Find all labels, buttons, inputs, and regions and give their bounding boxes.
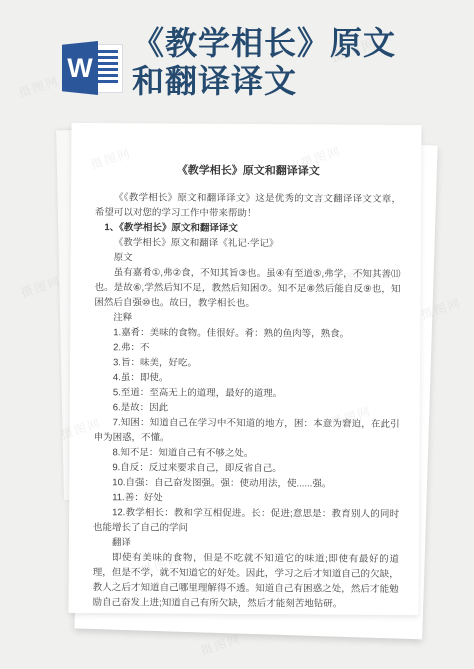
page-title: 《教学相长》原文 和翻译译文 <box>132 24 396 100</box>
document-content: 《教学相长》原文和翻译译文 《《教学相长》原文和翻译译文》这是优秀的文言文翻译译… <box>93 163 402 612</box>
original-text: 虽有嘉肴①,弗②食，不知其旨③也。虽④有至道⑤,弗学，不知其善⑾也。是故⑥,学然… <box>94 265 400 312</box>
document-page: 《教学相长》原文和翻译译文 《《教学相长》原文和翻译译文》这是优秀的文言文翻译译… <box>69 123 422 615</box>
note-item: 7.知困：知道自己在学习中不知道的地方，困：本意为窘迫，在此引申为困惑，不懂。 <box>94 415 400 447</box>
doc-title: 《教学相长》原文和翻译译文 <box>95 163 401 180</box>
template-preview-page: { "header": { "title_line1": "《教学相长》原文",… <box>0 0 474 669</box>
page-title-line2: 和翻译译文 <box>132 62 396 100</box>
translation-text: 即使有美味的食物，但是不吃就不知道它的味道;即使有最好的道理，但是不学，就不知道… <box>93 550 399 612</box>
watermark: 摄图网 <box>198 630 243 659</box>
word-w-icon: W <box>62 41 98 95</box>
word-w-letter: W <box>67 55 92 82</box>
section1-subtitle: 《教学相长》原文和翻译《礼记·学记》 <box>95 235 401 252</box>
note-item: 12.教学相长：教和学互相促进。长：促进;意思是：教育别人的同时也能增长了自己的… <box>93 505 399 537</box>
doc-intro: 《《教学相长》原文和翻译译文》这是优秀的文言文翻译译文文章，希望可以对您的学习工… <box>95 190 401 222</box>
watermark: 摄图网 <box>18 272 63 301</box>
word-icon: W <box>62 39 125 98</box>
page-title-line1: 《教学相长》原文 <box>132 24 396 62</box>
header: W 《教学相长》原文 和翻译译文 <box>0 0 474 120</box>
